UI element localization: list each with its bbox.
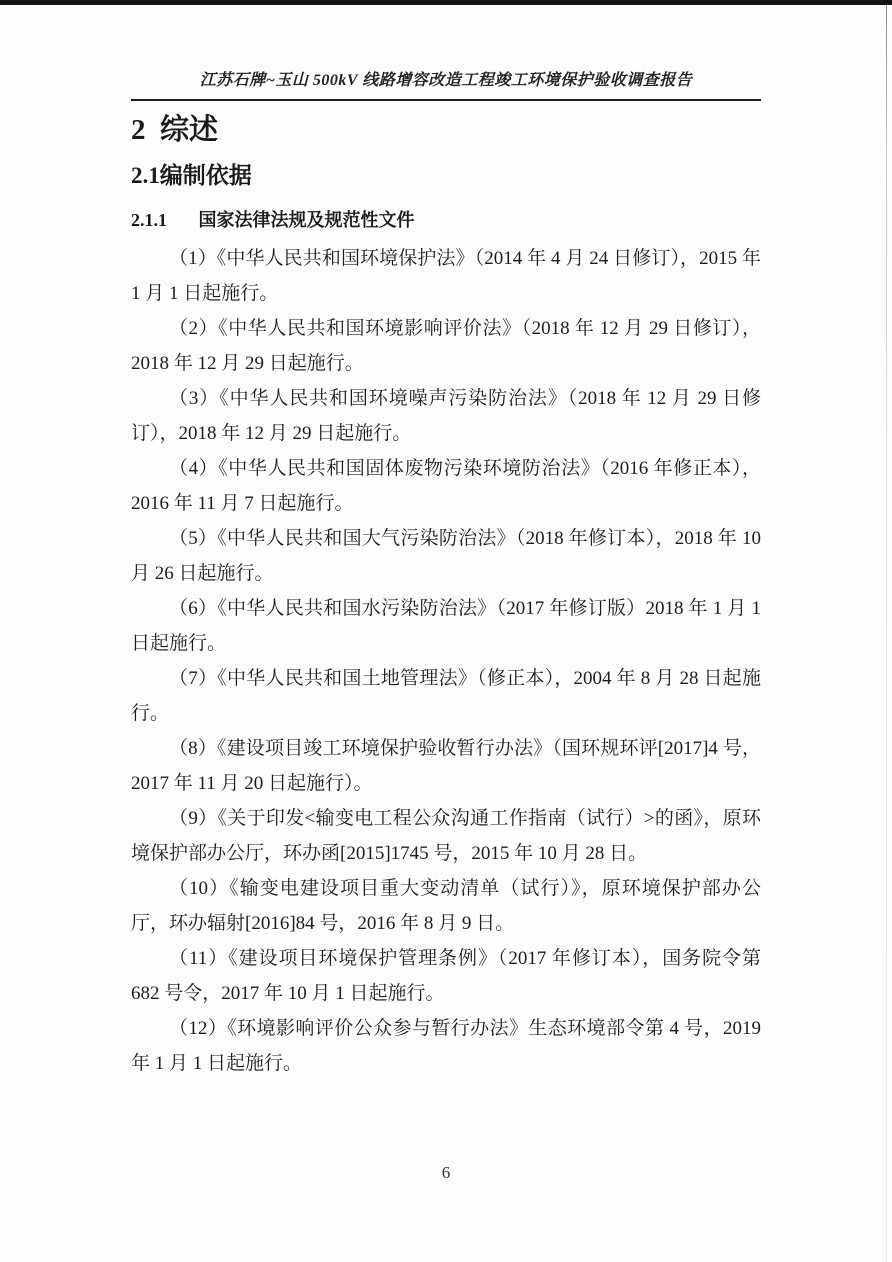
paragraph-item-9: （9）《关于印发<输变电工程公众沟通工作指南（试行）>的函》，原环境保护部办公厅… — [131, 801, 761, 871]
chapter-heading: 2 综述 — [131, 114, 761, 146]
scan-right-edge — [886, 5, 887, 1262]
paragraph-item-7: （7）《中华人民共和国土地管理法》（修正本），2004 年 8 月 28 日起施… — [131, 661, 761, 731]
subsection-title: 国家法律法规及规范性文件 — [199, 210, 415, 230]
paragraph-item-5: （5）《中华人民共和国大气污染防治法》（2018 年修订本），2018 年 10… — [131, 521, 761, 591]
paragraph-item-10: （10）《输变电建设项目重大变动清单（试行）》，原环境保护部办公厅，环办辐射[2… — [131, 871, 761, 941]
paragraph-item-3: （3）《中华人民共和国环境噪声污染防治法》（2018 年 12 月 29 日修订… — [131, 381, 761, 451]
paragraph-item-2: （2）《中华人民共和国环境影响评价法》（2018 年 12 月 29 日修订），… — [131, 311, 761, 381]
paragraph-item-12: （12）《环境影响评价公众参与暂行办法》生态环境部令第 4 号，2019 年 1… — [131, 1011, 761, 1081]
paragraph-item-6: （6）《中华人民共和国水污染防治法》（2017 年修订版）2018 年 1 月 … — [131, 591, 761, 661]
paragraph-item-8: （8）《建设项目竣工环境保护验收暂行办法》（国环规环评[2017]4 号，201… — [131, 731, 761, 801]
page-number: 6 — [131, 1163, 761, 1183]
paragraph-item-11: （11）《建设项目环境保护管理条例》（2017 年修订本），国务院令第 682 … — [131, 941, 761, 1011]
running-header-title: 江苏石牌~玉山 500kV 线路增容改造工程竣工环境保护验收调查报告 — [131, 70, 761, 92]
paragraph-item-4: （4）《中华人民共和国固体废物污染环境防治法》（2016 年修正本），2016 … — [131, 451, 761, 521]
paragraph-item-1: （1）《中华人民共和国环境保护法》（2014 年 4 月 24 日修订），201… — [131, 241, 761, 311]
header-rule — [131, 99, 761, 101]
subsection-heading: 2.1.1 国家法律法规及规范性文件 — [131, 210, 761, 230]
body-text: （1）《中华人民共和国环境保护法》（2014 年 4 月 24 日修订），201… — [131, 241, 761, 1081]
section-heading: 2.1编制依据 — [131, 163, 761, 189]
document-page: 江苏石牌~玉山 500kV 线路增容改造工程竣工环境保护验收调查报告 2 综述 … — [131, 0, 761, 1081]
subsection-number: 2.1.1 — [131, 210, 167, 230]
